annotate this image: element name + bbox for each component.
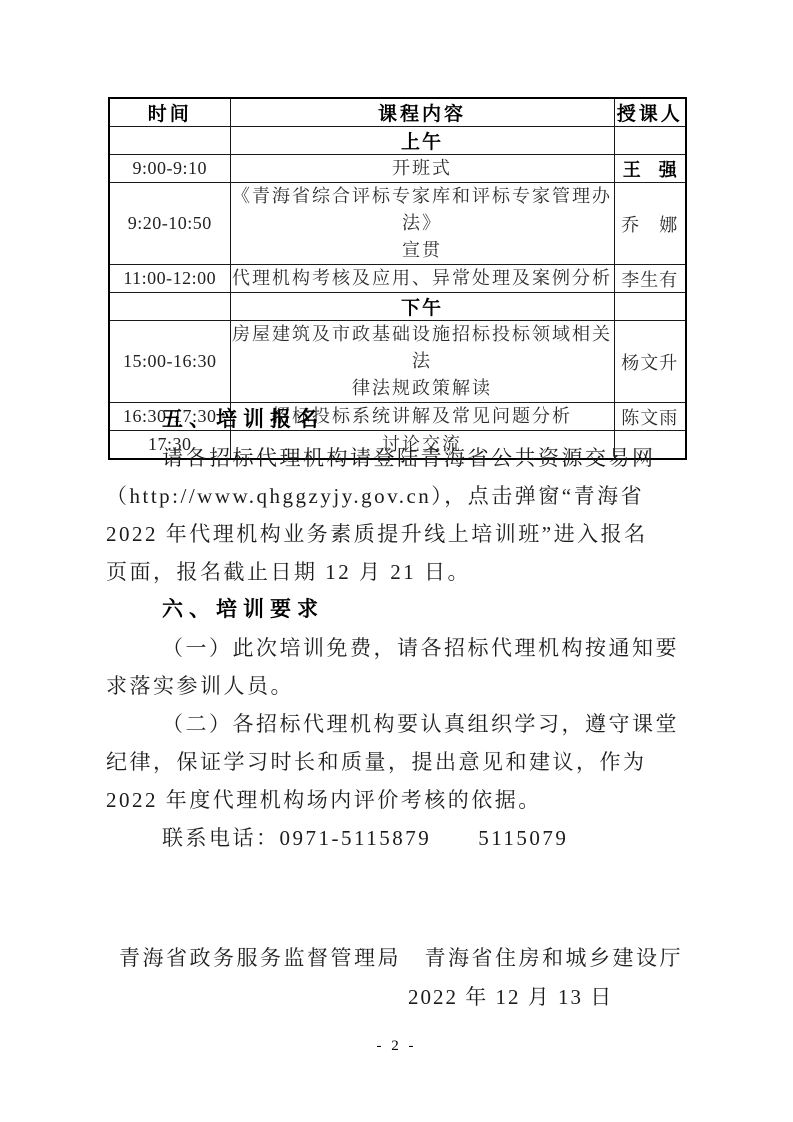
header-instructor: 授课人: [614, 98, 686, 127]
instructor-cell-empty: [614, 293, 686, 321]
content-line: 代理机构考核及应用、异常处理及案例分析: [231, 265, 614, 292]
paragraph-line: 2022 年代理机构业务素质提升线上培训班”进入报名: [106, 515, 690, 553]
header-time: 时间: [109, 98, 230, 127]
table-row: 9:00-9:10开班式王 强: [109, 155, 686, 183]
time-cell: 9:20-10:50: [109, 183, 230, 265]
session-label: 下午: [230, 293, 614, 321]
instructor-cell-empty: [614, 127, 686, 155]
table-row: 上午: [109, 127, 686, 155]
paragraph-line: 求落实参训人员。: [106, 667, 690, 705]
time-cell: 9:00-9:10: [109, 155, 230, 183]
paragraph-line: （二）各招标代理机构要认真组织学习，遵守课堂: [106, 705, 690, 743]
table-row: 11:00-12:00代理机构考核及应用、异常处理及案例分析李生有: [109, 265, 686, 293]
paragraph-line: 2022 年度代理机构场内评价考核的依据。: [106, 781, 690, 819]
content-line: 《青海省综合评标专家库和评标专家管理办法》: [231, 183, 614, 237]
paragraph-line: 纪律，保证学习时长和质量，提出意见和建议，作为: [106, 743, 690, 781]
footer-organizations: 青海省政务服务监督管理局 青海省住房和城乡建设厅: [119, 939, 683, 977]
time-cell: 11:00-12:00: [109, 265, 230, 293]
paragraph-line: 联系电话：0971-5115879 5115079: [106, 819, 690, 857]
time-cell-empty: [109, 127, 230, 155]
session-label: 上午: [230, 127, 614, 155]
instructor-cell: 乔 娜: [614, 183, 686, 265]
section-heading: 五、培训报名: [106, 401, 690, 439]
instructor-cell: 李生有: [614, 265, 686, 293]
content-line: 律法规政策解读: [231, 375, 614, 402]
time-cell: 15:00-16:30: [109, 321, 230, 403]
table-row: 下午: [109, 293, 686, 321]
content-line: 开班式: [231, 155, 614, 182]
content-line: 宣贯: [231, 237, 614, 264]
content-cell: 房屋建筑及市政基础设施招标投标领域相关法律法规政策解读: [230, 321, 614, 403]
instructor-cell: 王 强: [614, 155, 686, 183]
table-header-row: 时间 课程内容 授课人: [109, 98, 686, 127]
header-course-content: 课程内容: [230, 98, 614, 127]
paragraph-line: （一）此次培训免费，请各招标代理机构按通知要: [106, 629, 690, 667]
body-text: 五、培训报名请各招标代理机构请登陆青海省公共资源交易网（http://www.q…: [106, 401, 690, 857]
footer-date: 2022 年 12 月 13 日: [408, 978, 613, 1016]
time-cell-empty: [109, 293, 230, 321]
document-page: 时间 课程内容 授课人 上午9:00-9:10开班式王 强9:20-10:50《…: [0, 0, 793, 1122]
table-row: 9:20-10:50《青海省综合评标专家库和评标专家管理办法》宣贯乔 娜: [109, 183, 686, 265]
paragraph-line: 页面，报名截止日期 12 月 21 日。: [106, 553, 690, 591]
content-cell: 代理机构考核及应用、异常处理及案例分析: [230, 265, 614, 293]
paragraph-line: 请各招标代理机构请登陆青海省公共资源交易网: [106, 439, 690, 477]
page-number: - 2 -: [0, 1038, 793, 1055]
instructor-cell: 杨文升: [614, 321, 686, 403]
table-row: 15:00-16:30房屋建筑及市政基础设施招标投标领域相关法律法规政策解读杨文…: [109, 321, 686, 403]
paragraph-line: （http://www.qhggzyjy.gov.cn），点击弹窗“青海省: [106, 477, 690, 515]
section-heading: 六、培训要求: [106, 591, 690, 629]
content-cell: 开班式: [230, 155, 614, 183]
content-cell: 《青海省综合评标专家库和评标专家管理办法》宣贯: [230, 183, 614, 265]
content-line: 房屋建筑及市政基础设施招标投标领域相关法: [231, 321, 614, 375]
